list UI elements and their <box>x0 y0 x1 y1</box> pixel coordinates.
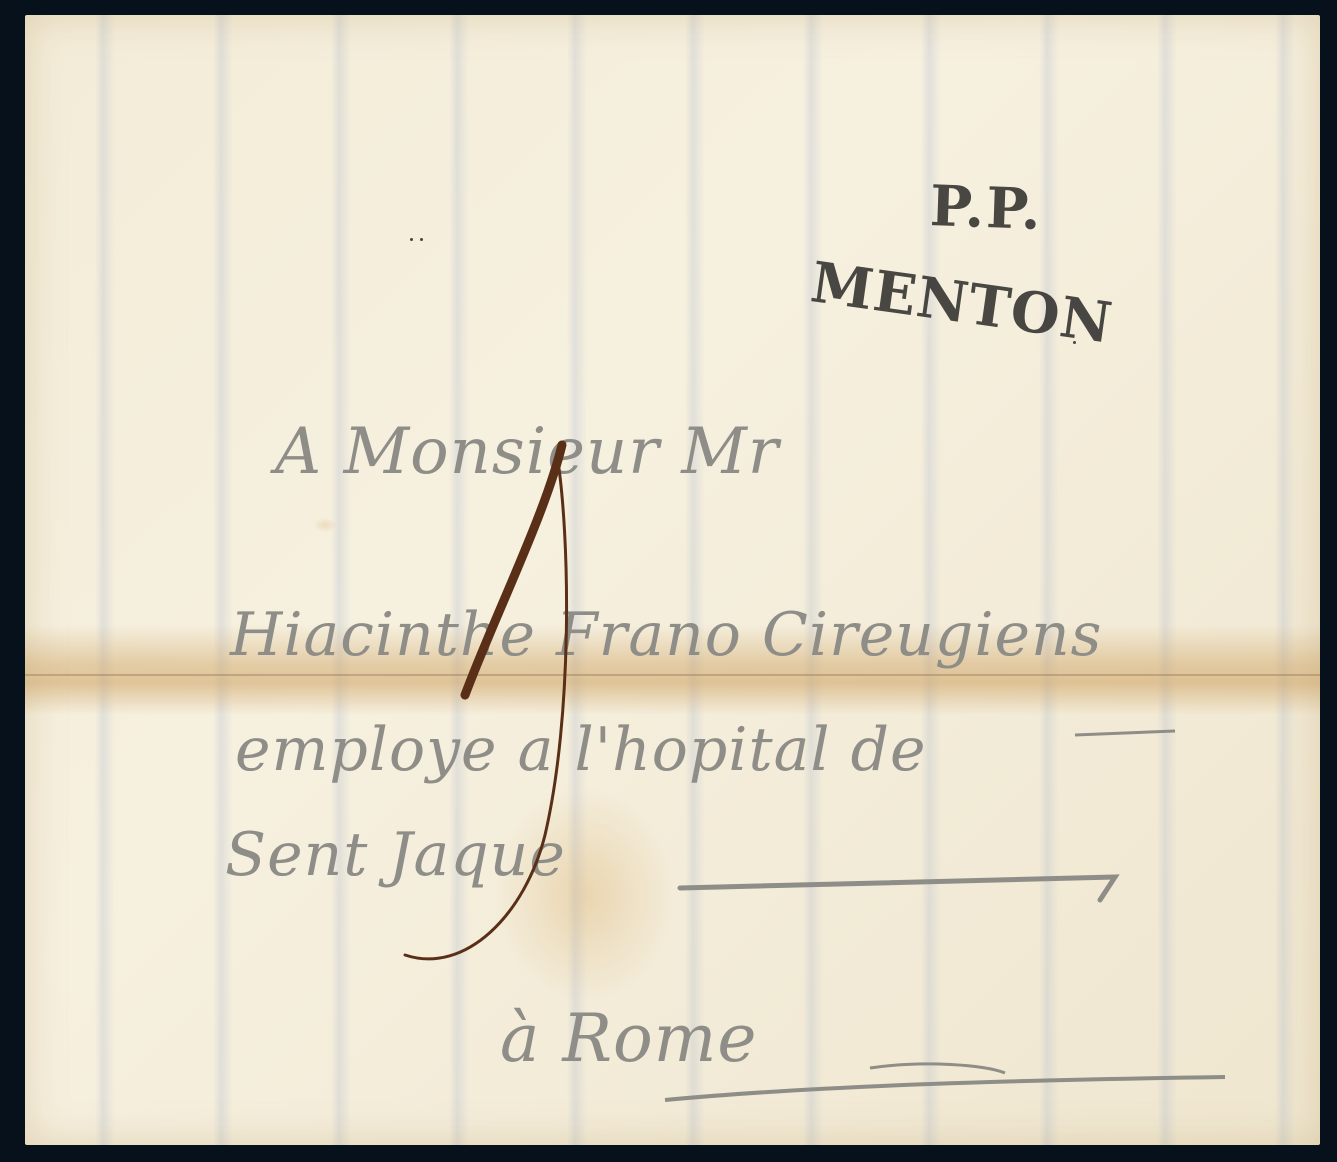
manuscript-strokes <box>25 15 1320 1145</box>
underline-flourish <box>665 1077 1225 1100</box>
postage-due-stroke <box>465 445 562 695</box>
postage-due-curve <box>405 455 567 959</box>
letter-cover: P.P. MENTON A Monsieur Mr Hiacinthe Fran… <box>25 15 1320 1145</box>
underline-flourish <box>870 1064 1005 1073</box>
flourish-line <box>680 877 1115 900</box>
flourish-line <box>1075 731 1175 735</box>
